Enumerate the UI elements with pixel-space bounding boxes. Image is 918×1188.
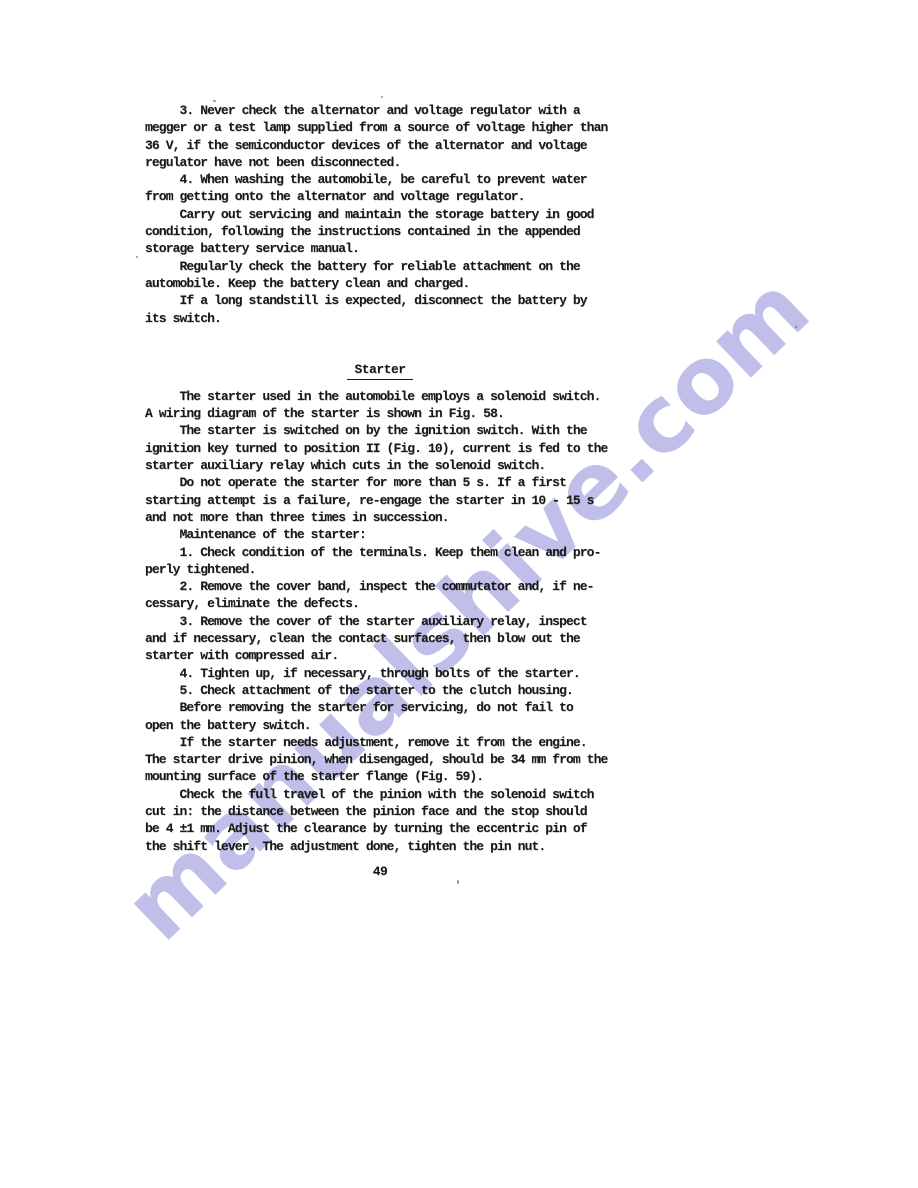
scan-speck [213, 100, 216, 102]
text-line: 3. Remove the cover of the starter auxil… [145, 613, 615, 630]
text-line: 4. When washing the automobile, be caref… [145, 171, 615, 188]
text-line: and not more than three times in success… [145, 509, 615, 526]
text-line: from getting onto the alternator and vol… [145, 188, 615, 205]
text-line: perly tightened. [145, 561, 615, 578]
text-line: and if necessary, clean the contact surf… [145, 630, 615, 647]
page-number: 49 [145, 864, 615, 879]
text-line: megger or a test lamp supplied from a so… [145, 119, 615, 136]
text-line: 36 V, if the semiconductor devices of th… [145, 137, 615, 154]
text-line: cut in: the distance between the pinion … [145, 803, 615, 820]
text-line: Carry out servicing and maintain the sto… [145, 206, 615, 223]
text-line: condition, following the instructions co… [145, 223, 615, 240]
text-line: storage battery service manual. [145, 240, 615, 257]
text-line: the shift lever. The adjustment done, ti… [145, 838, 615, 855]
text-line: starter with compressed air. [145, 647, 615, 664]
scan-speck [136, 256, 138, 258]
text-line: ignition key turned to position II (Fig.… [145, 440, 615, 457]
page-text-column: 3. Never check the alternator and voltag… [145, 102, 615, 879]
paragraph-block-top: 3. Never check the alternator and voltag… [145, 102, 615, 327]
text-line: 3. Never check the alternator and voltag… [145, 102, 615, 119]
text-line: 5. Check attachment of the starter to th… [145, 682, 615, 699]
text-line: its switch. [145, 310, 615, 327]
text-line: cessary, eliminate the defects. [145, 595, 615, 612]
text-line: open the battery switch. [145, 717, 615, 734]
text-line: mounting surface of the starter flange (… [145, 768, 615, 785]
paragraph-block-bottom: The starter used in the automobile emplo… [145, 388, 615, 855]
text-line: Maintenance of the starter: [145, 526, 615, 543]
document-page: manualshive.com 3. Never check the alter… [0, 0, 918, 1188]
text-line: If a long standstill is expected, discon… [145, 292, 615, 309]
scan-speck [457, 880, 459, 884]
text-line: automobile. Keep the battery clean and c… [145, 275, 615, 292]
text-line: starter auxiliary relay which cuts in th… [145, 457, 615, 474]
text-line: The starter drive pinion, when disengage… [145, 751, 615, 768]
text-line: Regularly check the battery for reliable… [145, 258, 615, 275]
text-line: A wiring diagram of the starter is shown… [145, 405, 615, 422]
section-heading-label: Starter [347, 362, 412, 380]
text-line: The starter used in the automobile emplo… [145, 388, 615, 405]
text-line: Check the full travel of the pinion with… [145, 786, 615, 803]
text-line: Do not operate the starter for more than… [145, 474, 615, 491]
text-line: 1. Check condition of the terminals. Kee… [145, 544, 615, 561]
text-line: regulator have not been disconnected. [145, 154, 615, 171]
text-line: be 4 ±1 mm. Adjust the clearance by turn… [145, 820, 615, 837]
scan-speck [795, 326, 797, 328]
scan-speck [381, 96, 383, 98]
text-line: Before removing the starter for servicin… [145, 699, 615, 716]
text-line: 4. Tighten up, if necessary, through bol… [145, 665, 615, 682]
text-line: starting attempt is a failure, re-engage… [145, 492, 615, 509]
text-line: 2. Remove the cover band, inspect the co… [145, 578, 615, 595]
text-line: If the starter needs adjustment, remove … [145, 734, 615, 751]
section-heading: Starter [145, 362, 615, 380]
text-line: The starter is switched on by the igniti… [145, 422, 615, 439]
